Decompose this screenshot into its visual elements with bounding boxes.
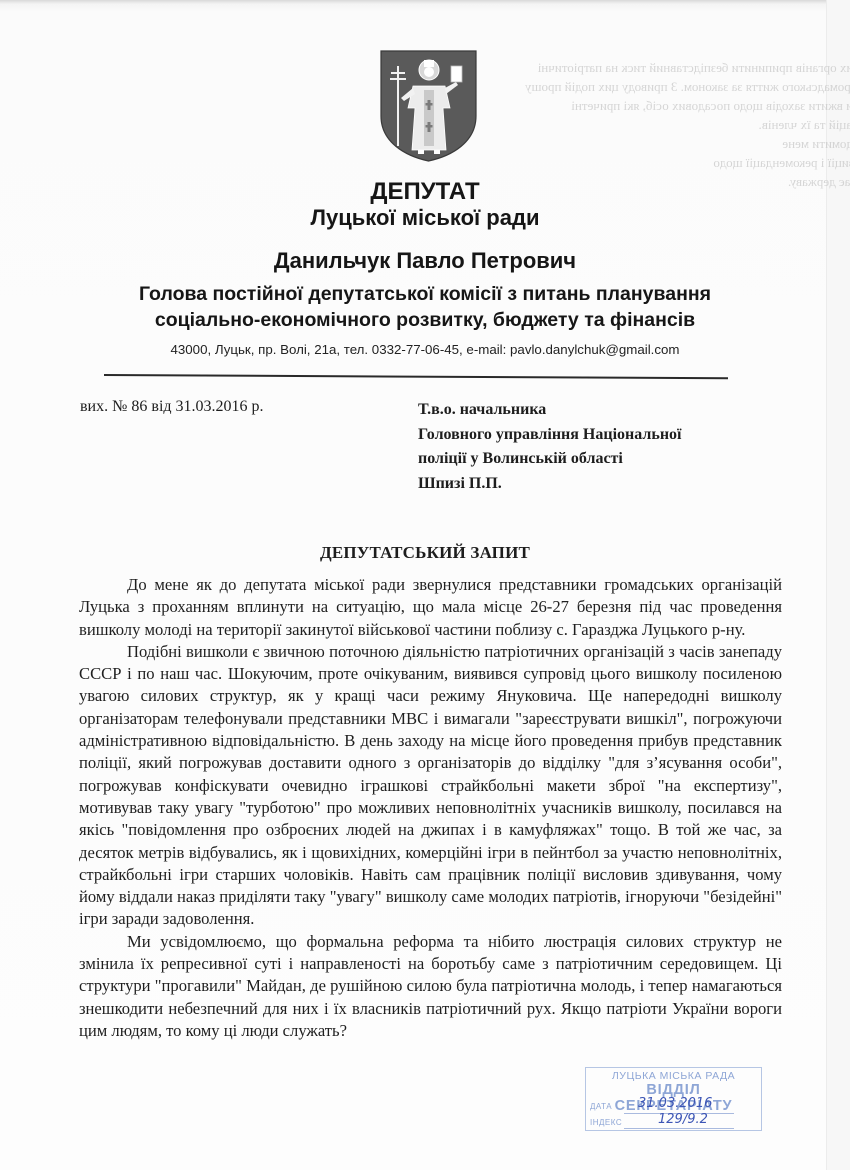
position-line-2: соціально-економічного розвитку, бюджету… [0,307,850,333]
stamp-council: ЛУЦЬКА МІСЬКА РАДА [586,1070,761,1082]
addressee-block: Т.в.о. начальника Головного управління Н… [418,398,682,496]
bleed-line: організації, які є формами громадського … [525,77,850,96]
stamp-index-value: 129/9.2 [658,1112,708,1127]
addressee-line: Головного управління Національної [418,423,682,448]
document-title: ДЕПУТАТСЬКИЙ ЗАПИТ [0,543,850,563]
registration-stamp: ЛУЦЬКА МІСЬКА РАДА ВІДДІЛ СЕКРЕТАРІАТУ Д… [585,1067,762,1131]
paragraph: До мене як до депутата міської ради звер… [79,574,782,641]
outgoing-reference: вих. № 86 від 31.03.2016 р. [80,398,264,416]
paragraph: Подібні вишколи є звичною поточною діяль… [79,641,782,931]
addressee-line: Шпизі П.П. [418,472,682,497]
addressee-line: поліції у Волинській області [418,447,682,472]
addressee-line: Т.в.о. начальника [418,398,682,423]
bleed-line: обласні надайте свої пропозиції і рекоме… [525,153,850,172]
bleed-line: в тим більше в умовах війни вжити заході… [525,96,850,115]
position-line-1: Голова постійної депутатської комісії з … [0,281,850,307]
letterhead-name: Данильчук Павло Петрович [0,248,850,274]
paragraph: Ми усвідомлюємо, що формальна реформа та… [79,931,782,1042]
letterhead-position: Голова постійної депутатської комісії з … [0,281,850,333]
stamp-index-label: ІНДЕКС [590,1118,622,1127]
stamp-index-underline [624,1128,734,1129]
lutsk-coat-of-arms-icon [380,50,477,162]
bleed-line: Прошу про результати повідомити мене [525,134,850,153]
bleed-line: вияву патріотичних організацій та їх чле… [525,115,850,134]
stamp-date-value: 31.03.2016 [638,1096,712,1111]
bleed-line: Вимагаю від правоохоронних органів припи… [525,58,850,77]
stamp-date-label: ДАТА [590,1102,612,1111]
letterhead-contacts: 43000, Луцьк, пр. Волі, 21а, тел. 0332-7… [0,342,850,357]
letterhead-council: Луцької міської ради [0,205,850,231]
letterhead-title: ДЕПУТАТ [0,178,850,206]
document-body: До мене як до депутата міської ради звер… [79,574,782,1042]
